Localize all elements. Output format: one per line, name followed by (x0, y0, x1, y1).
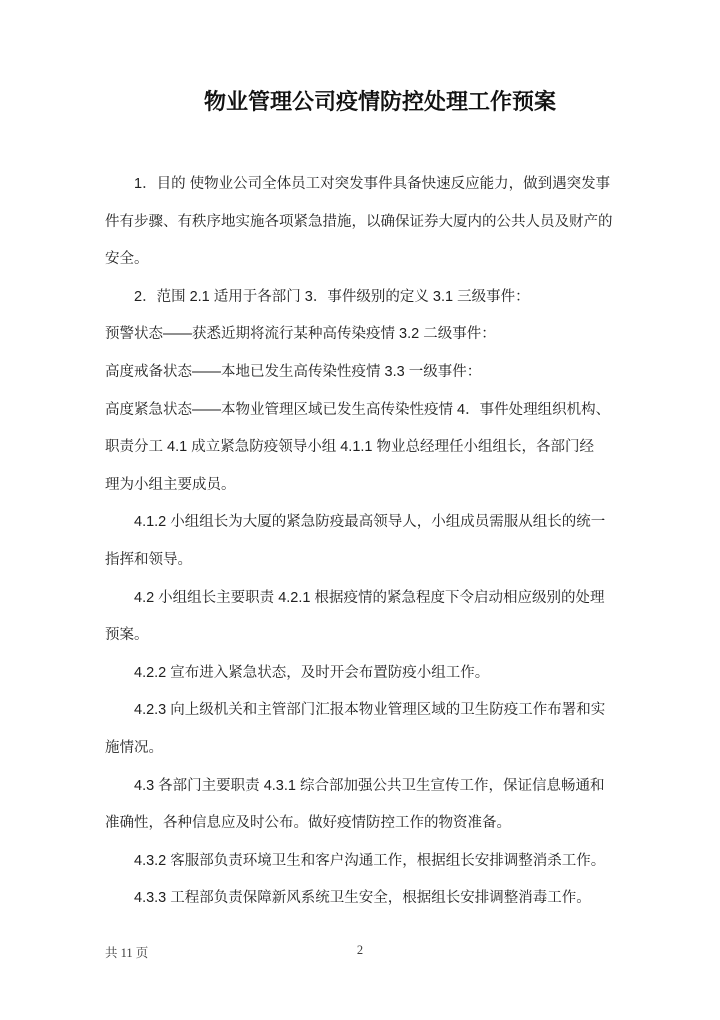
document-line: 预警状态——获悉近期将流行某种高传染疫情 3.2 二级事件： (105, 316, 620, 354)
document-page: 物业管理公司疫情防控处理工作预案 1．目的 使物业公司全体员工对突发事件具备快速… (0, 0, 720, 1020)
document-line: 4.3 各部门主要职责 4.3.1 综合部加强公共卫生宣传工作，保证信息畅通和 (105, 768, 620, 806)
document-line: 1．目的 使物业公司全体员工对突发事件具备快速反应能力，做到遇突发事 (105, 166, 620, 204)
document-line: 4.1.2 小组组长为大厦的紧急防疫最高领导人，小组成员需服从组长的统一 (105, 504, 620, 542)
document-line: 4.2.2 宣布进入紧急状态，及时开会布置防疫小组工作。 (105, 655, 620, 693)
document-line: 2．范围 2.1 适用于各部门 3．事件级别的定义 3.1 三级事件： (105, 279, 620, 317)
document-line: 4.2.3 向上级机关和主管部门汇报本物业管理区域的卫生防疫工作布署和实 (105, 692, 620, 730)
document-line: 准确性，各种信息应及时公布。做好疫情防控工作的物资准备。 (105, 805, 620, 843)
document-line: 4.3.2 客服部负责环境卫生和客户沟通工作，根据组长安排调整消杀工作。 (105, 843, 620, 881)
document-line: 高度戒备状态——本地已发生高传染性疫情 3.3 一级事件： (105, 354, 620, 392)
document-line: 施情况。 (105, 730, 620, 768)
document-line: 高度紧急状态——本物业管理区域已发生高传染性疫情 4．事件处理组织机构、 (105, 392, 620, 430)
footer-page-number: 2 (0, 943, 720, 958)
document-line: 4.3.3 工程部负责保障新风系统卫生安全，根据组长安排调整消毒工作。 (105, 880, 620, 918)
document-line: 指挥和领导。 (105, 542, 620, 580)
document-line: 4.2 小组组长主要职责 4.2.1 根据疫情的紧急程度下令启动相应级别的处理 (105, 580, 620, 618)
document-line: 预案。 (105, 617, 620, 655)
document-title: 物业管理公司疫情防控处理工作预案 (105, 87, 655, 117)
document-body: 1．目的 使物业公司全体员工对突发事件具备快速反应能力，做到遇突发事 件有步骤、… (105, 166, 620, 918)
document-line: 理为小组主要成员。 (105, 467, 620, 505)
document-line: 安全。 (105, 241, 620, 279)
document-line: 职责分工 4.1 成立紧急防疫领导小组 4.1.1 物业总经理任小组组长，各部门… (105, 429, 620, 467)
document-line: 件有步骤、有秩序地实施各项紧急措施，以确保证券大厦内的公共人员及财产的 (105, 204, 620, 242)
